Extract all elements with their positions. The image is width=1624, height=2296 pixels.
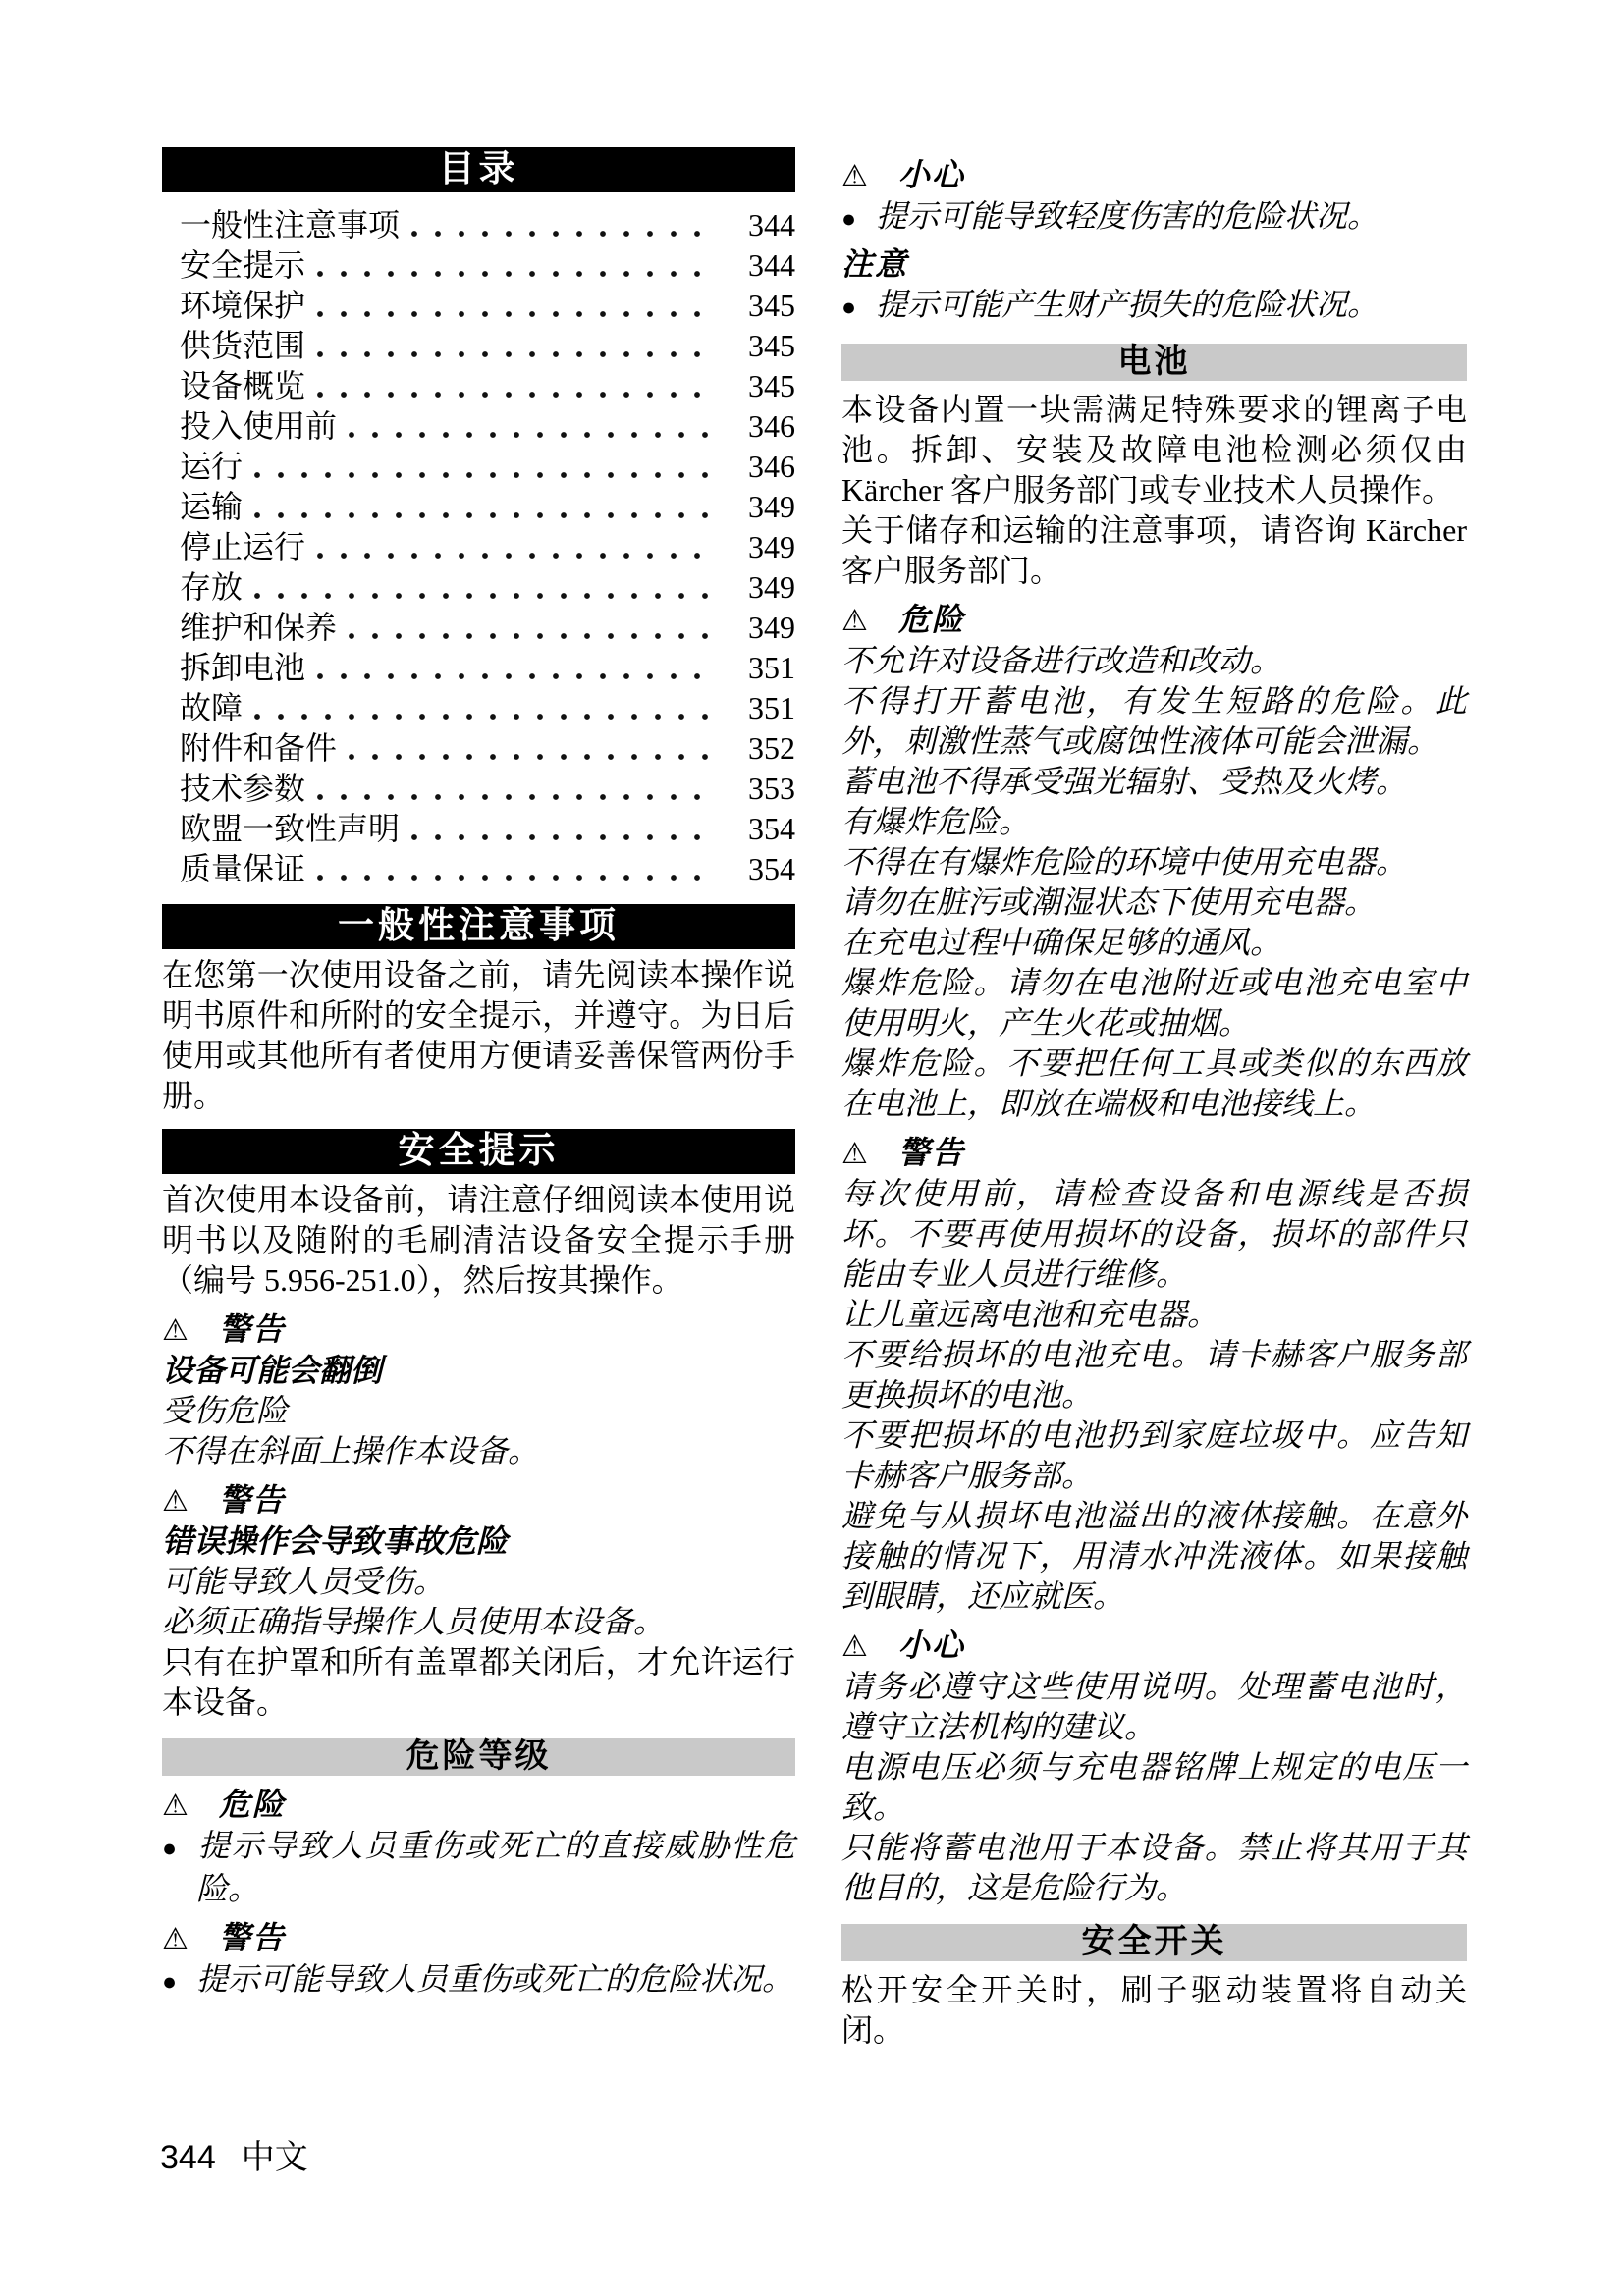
warning-heading: ⚠ 危险	[841, 600, 1467, 641]
toc-entry-page: 351	[723, 688, 795, 728]
toc-dot-leader	[317, 874, 713, 882]
battery-body-2: 关于储存和运输的注意事项，请咨询 Kärcher 客户服务部门。	[841, 510, 1467, 591]
table-of-contents: 一般性注意事项 344 安全提示 344 环境保护 345 供货范围 345	[162, 205, 795, 889]
warning-triangle-icon: ⚠	[162, 1484, 189, 1519]
warning-line: 受伤危险	[162, 1391, 795, 1431]
toc-title: 目录	[439, 149, 519, 189]
toc-header-bar: 目录	[162, 147, 795, 192]
toc-dot-leader	[254, 592, 713, 601]
toc-entry: 设备概览 345	[162, 366, 795, 406]
bullet-icon: ●	[841, 288, 876, 328]
warning-heading: ⚠ 警告	[841, 1133, 1467, 1174]
warning-line: 不要给损坏的电池充电。请卡赫客户服务部更换损坏的电池。	[841, 1335, 1467, 1415]
warning-line: 不得在有爆炸危险的环境中使用充电器。	[841, 842, 1467, 882]
warning-note: 只有在护罩和所有盖罩都关闭后，才允许运行本设备。	[162, 1642, 795, 1723]
toc-entry-page: 349	[723, 608, 795, 648]
signal-word: 警告	[219, 1482, 286, 1518]
safety-switch-title: 安全开关	[1082, 1924, 1227, 1960]
toc-entry: 附件和备件 352	[162, 728, 795, 769]
safety-instructions-body: 首次使用本设备前，请注意仔细阅读本使用说明书以及随附的毛刷清洁设备安全提示手册（…	[162, 1180, 795, 1301]
right-column: ⚠ 小心 ●提示可能导致轻度伤害的危险状况。 注意 ●提示可能产生财产损失的危险…	[841, 137, 1467, 2051]
toc-entry-page: 351	[723, 648, 795, 688]
toc-entry-page: 346	[723, 447, 795, 487]
toc-dot-leader	[411, 230, 713, 239]
toc-entry-label: 质量保证	[162, 849, 305, 889]
warning-line: 有爆炸危险。	[841, 802, 1467, 842]
warning-line: 可能导致人员受伤。	[162, 1562, 795, 1602]
warning-heading: ⚠ 小心	[841, 1626, 1467, 1667]
toc-entry-page: 345	[723, 326, 795, 366]
toc-entry: 运行 346	[162, 447, 795, 487]
toc-entry: 环境保护 345	[162, 286, 795, 326]
left-column: 目录 一般性注意事项 344 安全提示 344 环境保护 345 供货范围	[162, 147, 795, 2002]
general-notes-header-bar: 一般性注意事项	[162, 904, 795, 949]
toc-dot-leader	[254, 471, 713, 480]
battery-warning-lines: 每次使用前，请检查设备和电源线是否损坏。不要再使用损坏的设备，损坏的部件只能由专…	[841, 1174, 1467, 1617]
toc-dot-leader	[317, 270, 713, 279]
warning-heading: ⚠ 警告	[162, 1480, 795, 1522]
toc-entry: 投入使用前 346	[162, 406, 795, 447]
warning-line: 爆炸危险。请勿在电池附近或电池充电室中使用明火，产生火花或抽烟。	[841, 963, 1467, 1043]
toc-entry-label: 设备概览	[162, 366, 305, 406]
general-notes-title: 一般性注意事项	[338, 906, 620, 946]
safety-switch-header-bar: 安全开关	[841, 1924, 1467, 1961]
attention-description: ●提示可能产生财产损失的危险状况。	[841, 285, 1467, 328]
signal-word: 危险	[219, 1787, 286, 1822]
toc-entry-label: 安全提示	[162, 245, 305, 286]
toc-dot-leader	[349, 753, 713, 762]
warning-heading: ⚠ 警告	[162, 1309, 795, 1351]
warning-line: 不要把损坏的电池扔到家庭垃圾中。应告知卡赫客户服务部。	[841, 1415, 1467, 1496]
toc-dot-leader	[317, 672, 713, 681]
toc-dot-leader	[317, 350, 713, 359]
toc-dot-leader	[411, 833, 713, 842]
battery-danger-lines: 不允许对设备进行改造和改动。不得打开蓄电池，有发生短路的危险。此外，刺激性蒸气或…	[841, 641, 1467, 1124]
general-notes-body: 在您第一次使用设备之前，请先阅读本操作说明书原件和所附的安全提示，并遵守。为日后…	[162, 955, 795, 1116]
toc-entry-page: 345	[723, 366, 795, 406]
toc-entry-page: 349	[723, 567, 795, 608]
toc-entry-page: 353	[723, 769, 795, 809]
battery-title: 电池	[1118, 344, 1191, 380]
warning-lines: 可能导致人员受伤。必须正确指导操作人员使用本设备。	[162, 1562, 795, 1642]
caution-description: ●提示可能导致轻度伤害的危险状况。	[841, 196, 1467, 240]
toc-entry-label: 环境保护	[162, 286, 305, 326]
warning-line: 让儿童远离电池和充电器。	[841, 1295, 1467, 1335]
toc-entry-label: 存放	[162, 567, 243, 608]
toc-entry-page: 344	[723, 205, 795, 245]
toc-entry: 运输 349	[162, 487, 795, 527]
toc-entry-page: 346	[723, 406, 795, 447]
warning-heading: ⚠ 危险	[162, 1785, 795, 1826]
toc-entry-label: 运行	[162, 447, 243, 487]
safety-switch-body: 松开安全开关时，刷子驱动装置将自动关闭。	[841, 1970, 1467, 2051]
signal-word: 警告	[898, 1135, 965, 1170]
warning-heading: ⚠ 警告	[162, 1918, 795, 1959]
danger-levels-title: 危险等级	[406, 1738, 552, 1775]
warning-triangle-icon: ⚠	[841, 159, 868, 193]
toc-entry: 一般性注意事项 344	[162, 205, 795, 245]
toc-dot-leader	[317, 793, 713, 802]
toc-entry: 停止运行 349	[162, 527, 795, 567]
warning-line: 电源电压必须与充电器铭牌上规定的电压一致。	[841, 1747, 1467, 1828]
toc-entry-page: 345	[723, 286, 795, 326]
warning-line: 在充电过程中确保足够的通风。	[841, 923, 1467, 963]
warning-line: 请勿在脏污或潮湿状态下使用充电器。	[841, 882, 1467, 923]
toc-entry: 安全提示 344	[162, 245, 795, 286]
warning-heading: ⚠ 小心	[841, 155, 1467, 196]
toc-entry-label: 投入使用前	[162, 406, 337, 447]
toc-entry-label: 一般性注意事项	[162, 205, 400, 245]
bullet-icon: ●	[162, 1962, 196, 2002]
safety-instructions-header-bar: 安全提示	[162, 1129, 795, 1174]
battery-caution-lines: 请务必遵守这些使用说明。处理蓄电池时，遵守立法机构的建议。电源电压必须与充电器铭…	[841, 1667, 1467, 1908]
bullet-icon: ●	[162, 1829, 196, 1869]
warning-triangle-icon: ⚠	[162, 1922, 189, 1956]
toc-entry: 故障 351	[162, 688, 795, 728]
toc-entry: 欧盟一致性声明 354	[162, 809, 795, 849]
toc-dot-leader	[317, 391, 713, 400]
toc-entry-page: 352	[723, 728, 795, 769]
signal-word: 小心	[898, 1628, 965, 1663]
warning-triangle-icon: ⚠	[841, 1629, 868, 1664]
footer-language: 中文	[242, 2139, 308, 2176]
warning-triangle-icon: ⚠	[841, 604, 868, 638]
toc-entry: 拆卸电池 351	[162, 648, 795, 688]
toc-dot-leader	[254, 511, 713, 520]
toc-dot-leader	[317, 552, 713, 561]
toc-entry: 维护和保养 349	[162, 608, 795, 648]
toc-entry-label: 运输	[162, 487, 243, 527]
warning-line: 不得在斜面上操作本设备。	[162, 1431, 795, 1471]
toc-entry: 质量保证 354	[162, 849, 795, 889]
warning-line: 必须正确指导操作人员使用本设备。	[162, 1602, 795, 1642]
toc-entry-page: 349	[723, 487, 795, 527]
page-footer: 344中文	[160, 2138, 308, 2177]
warning-lines: 受伤危险不得在斜面上操作本设备。	[162, 1391, 795, 1471]
warning-line: 爆炸危险。不要把任何工具或类似的东西放在电池上，即放在端极和电池接线上。	[841, 1043, 1467, 1124]
danger-level-description: ●提示导致人员重伤或死亡的直接威胁性危险。	[162, 1826, 795, 1909]
warning-subheading: 错误操作会导致事故危险	[162, 1522, 795, 1562]
signal-word: 小心	[898, 157, 965, 192]
warning-line: 只能将蓄电池用于本设备。禁止将其用于其他目的，这是危险行为。	[841, 1828, 1467, 1908]
signal-word: 注意	[841, 246, 908, 282]
warning-line: 每次使用前，请检查设备和电源线是否损坏。不要再使用损坏的设备，损坏的部件只能由专…	[841, 1174, 1467, 1295]
toc-entry-label: 故障	[162, 688, 243, 728]
toc-entry-page: 354	[723, 809, 795, 849]
signal-word: 危险	[898, 602, 965, 637]
signal-word: 警告	[219, 1920, 286, 1955]
battery-header-bar: 电池	[841, 344, 1467, 381]
warning-subheading: 设备可能会翻倒	[162, 1351, 795, 1391]
toc-entry-label: 技术参数	[162, 769, 305, 809]
danger-levels-header-bar: 危险等级	[162, 1738, 795, 1776]
warning-triangle-icon: ⚠	[841, 1137, 868, 1171]
toc-dot-leader	[349, 431, 713, 440]
toc-entry-page: 349	[723, 527, 795, 567]
toc-dot-leader	[349, 632, 713, 641]
warning-triangle-icon: ⚠	[162, 1789, 189, 1823]
toc-entry-label: 拆卸电池	[162, 648, 305, 688]
danger-level-description: ●提示可能导致人员重伤或死亡的危险状况。	[162, 1959, 795, 2002]
bullet-icon: ●	[841, 199, 876, 240]
battery-body-1: 本设备内置一块需满足特殊要求的锂离子电池。拆卸、安装及故障电池检测必须仅由 Kä…	[841, 390, 1467, 510]
warning-triangle-icon: ⚠	[162, 1313, 189, 1348]
toc-entry-label: 维护和保养	[162, 608, 337, 648]
warning-line: 请务必遵守这些使用说明。处理蓄电池时，遵守立法机构的建议。	[841, 1667, 1467, 1747]
warning-line: 不得打开蓄电池，有发生短路的危险。此外，刺激性蒸气或腐蚀性液体可能会泄漏。	[841, 681, 1467, 762]
warning-line: 避免与从损坏电池溢出的液体接触。在意外接触的情况下，用清水冲洗液体。如果接触到眼…	[841, 1496, 1467, 1617]
toc-entry-label: 供货范围	[162, 326, 305, 366]
toc-entry-page: 344	[723, 245, 795, 286]
toc-entry-page: 354	[723, 849, 795, 889]
toc-entry: 技术参数 353	[162, 769, 795, 809]
attention-heading: 注意	[841, 244, 1467, 285]
toc-entry-label: 停止运行	[162, 527, 305, 567]
toc-dot-leader	[317, 310, 713, 319]
toc-entry-label: 欧盟一致性声明	[162, 809, 400, 849]
warning-line: 蓄电池不得承受强光辐射、受热及火烤。	[841, 762, 1467, 802]
safety-instructions-title: 安全提示	[399, 1131, 560, 1171]
toc-dot-leader	[254, 713, 713, 721]
warning-line: 不允许对设备进行改造和改动。	[841, 641, 1467, 681]
toc-entry: 供货范围 345	[162, 326, 795, 366]
signal-word: 警告	[219, 1311, 286, 1347]
page-number: 344	[160, 2139, 216, 2176]
toc-entry: 存放 349	[162, 567, 795, 608]
toc-entry-label: 附件和备件	[162, 728, 337, 769]
